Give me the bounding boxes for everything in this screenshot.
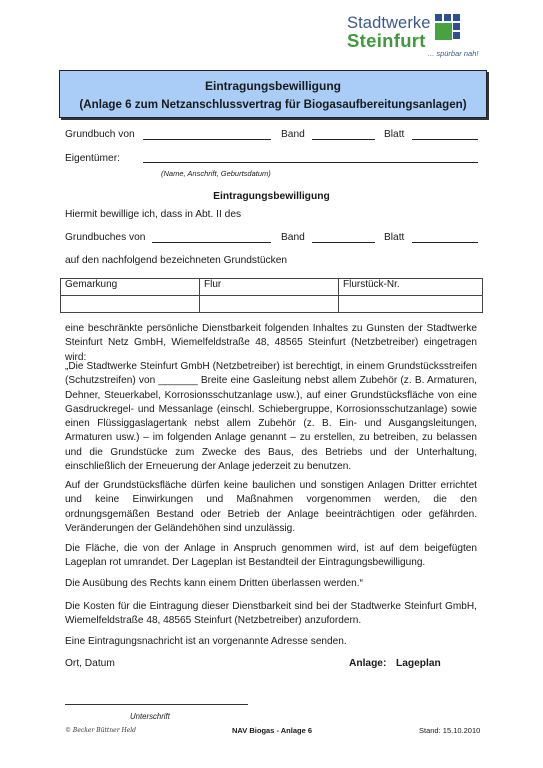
parcels-intro: auf den nachfolgend bezeichneten Grundst…: [65, 255, 287, 266]
band2-label: Band: [281, 232, 305, 243]
blatt2-field[interactable]: [412, 242, 478, 243]
signature-line[interactable]: [65, 704, 248, 705]
table-row: [61, 296, 483, 313]
cell-flur[interactable]: [200, 296, 339, 313]
cell-gemarkung[interactable]: [61, 296, 200, 313]
eigentuemer-hint: (Name, Anschrift, Geburtsdatum): [161, 169, 271, 178]
place-date-label: Ort, Datum: [65, 658, 115, 669]
table-header-row: Gemarkung Flur Flurstück-Nr.: [61, 279, 483, 296]
band2-field[interactable]: [312, 242, 375, 243]
blatt-label: Blatt: [384, 129, 404, 140]
header-flur: Flur: [200, 279, 339, 296]
header-flurstueck: Flurstück-Nr.: [339, 279, 483, 296]
grundbuches-label: Grundbuches von: [65, 232, 145, 243]
paragraph-nachricht: Eine Eintragungsnachricht ist an vorgena…: [65, 635, 477, 649]
logo-line2: Steinfurt: [347, 30, 426, 52]
band-label: Band: [281, 129, 305, 140]
paragraph-kosten: Die Kosten für die Eintragung dieser Die…: [65, 600, 477, 629]
paragraph-dienstbarkeit: eine beschränkte persönliche Dienstbarke…: [65, 322, 477, 365]
grundbuches-field[interactable]: [152, 242, 271, 243]
parcels-table: Gemarkung Flur Flurstück-Nr.: [60, 278, 483, 313]
document-subtitle: (Anlage 6 zum Netzanschlussvertrag für B…: [60, 98, 486, 111]
logo-tagline: ... spürbar nah!: [428, 49, 478, 58]
footer-copyright: © Becker Büttner Held: [65, 727, 136, 734]
blatt-field[interactable]: [412, 139, 478, 140]
document-header: Eintragungsbewilligung (Anlage 6 zum Net…: [59, 70, 487, 118]
eigentuemer-label: Eigentümer:: [65, 153, 120, 164]
header-gemarkung: Gemarkung: [61, 279, 200, 296]
signature-label: Unterschrift: [130, 712, 170, 721]
paragraph-grundstuecksflaeche: Auf der Grundstücksfläche dürfen keine b…: [65, 479, 477, 536]
grundbuch-label: Grundbuch von: [65, 129, 135, 140]
grundbuch-field[interactable]: [143, 139, 271, 140]
band-field[interactable]: [312, 139, 375, 140]
section-title: Eintragungsbewilligung: [0, 191, 543, 202]
document-title: Eintragungsbewilligung: [60, 79, 486, 93]
footer-center: NAV Biogas - Anlage 6: [232, 726, 312, 735]
footer-date: Stand: 15.10.2010: [419, 726, 480, 735]
attachment-value: Lageplan: [396, 658, 441, 669]
attachment-label: Anlage:: [349, 658, 386, 669]
paragraph-lageplan: Die Fläche, die von der Anlage in Anspru…: [65, 542, 477, 571]
paragraph-berechtigung: „Die Stadtwerke Steinfurt GmbH (Netzbetr…: [65, 360, 477, 474]
paragraph-ausuebung: Die Ausübung des Rechts kann einem Dritt…: [65, 577, 477, 591]
blatt2-label: Blatt: [384, 232, 404, 243]
intro-text: Hiermit bewillige ich, dass in Abt. II d…: [65, 209, 241, 220]
cell-flurstueck[interactable]: [339, 296, 483, 313]
eigentuemer-field[interactable]: [143, 162, 478, 163]
